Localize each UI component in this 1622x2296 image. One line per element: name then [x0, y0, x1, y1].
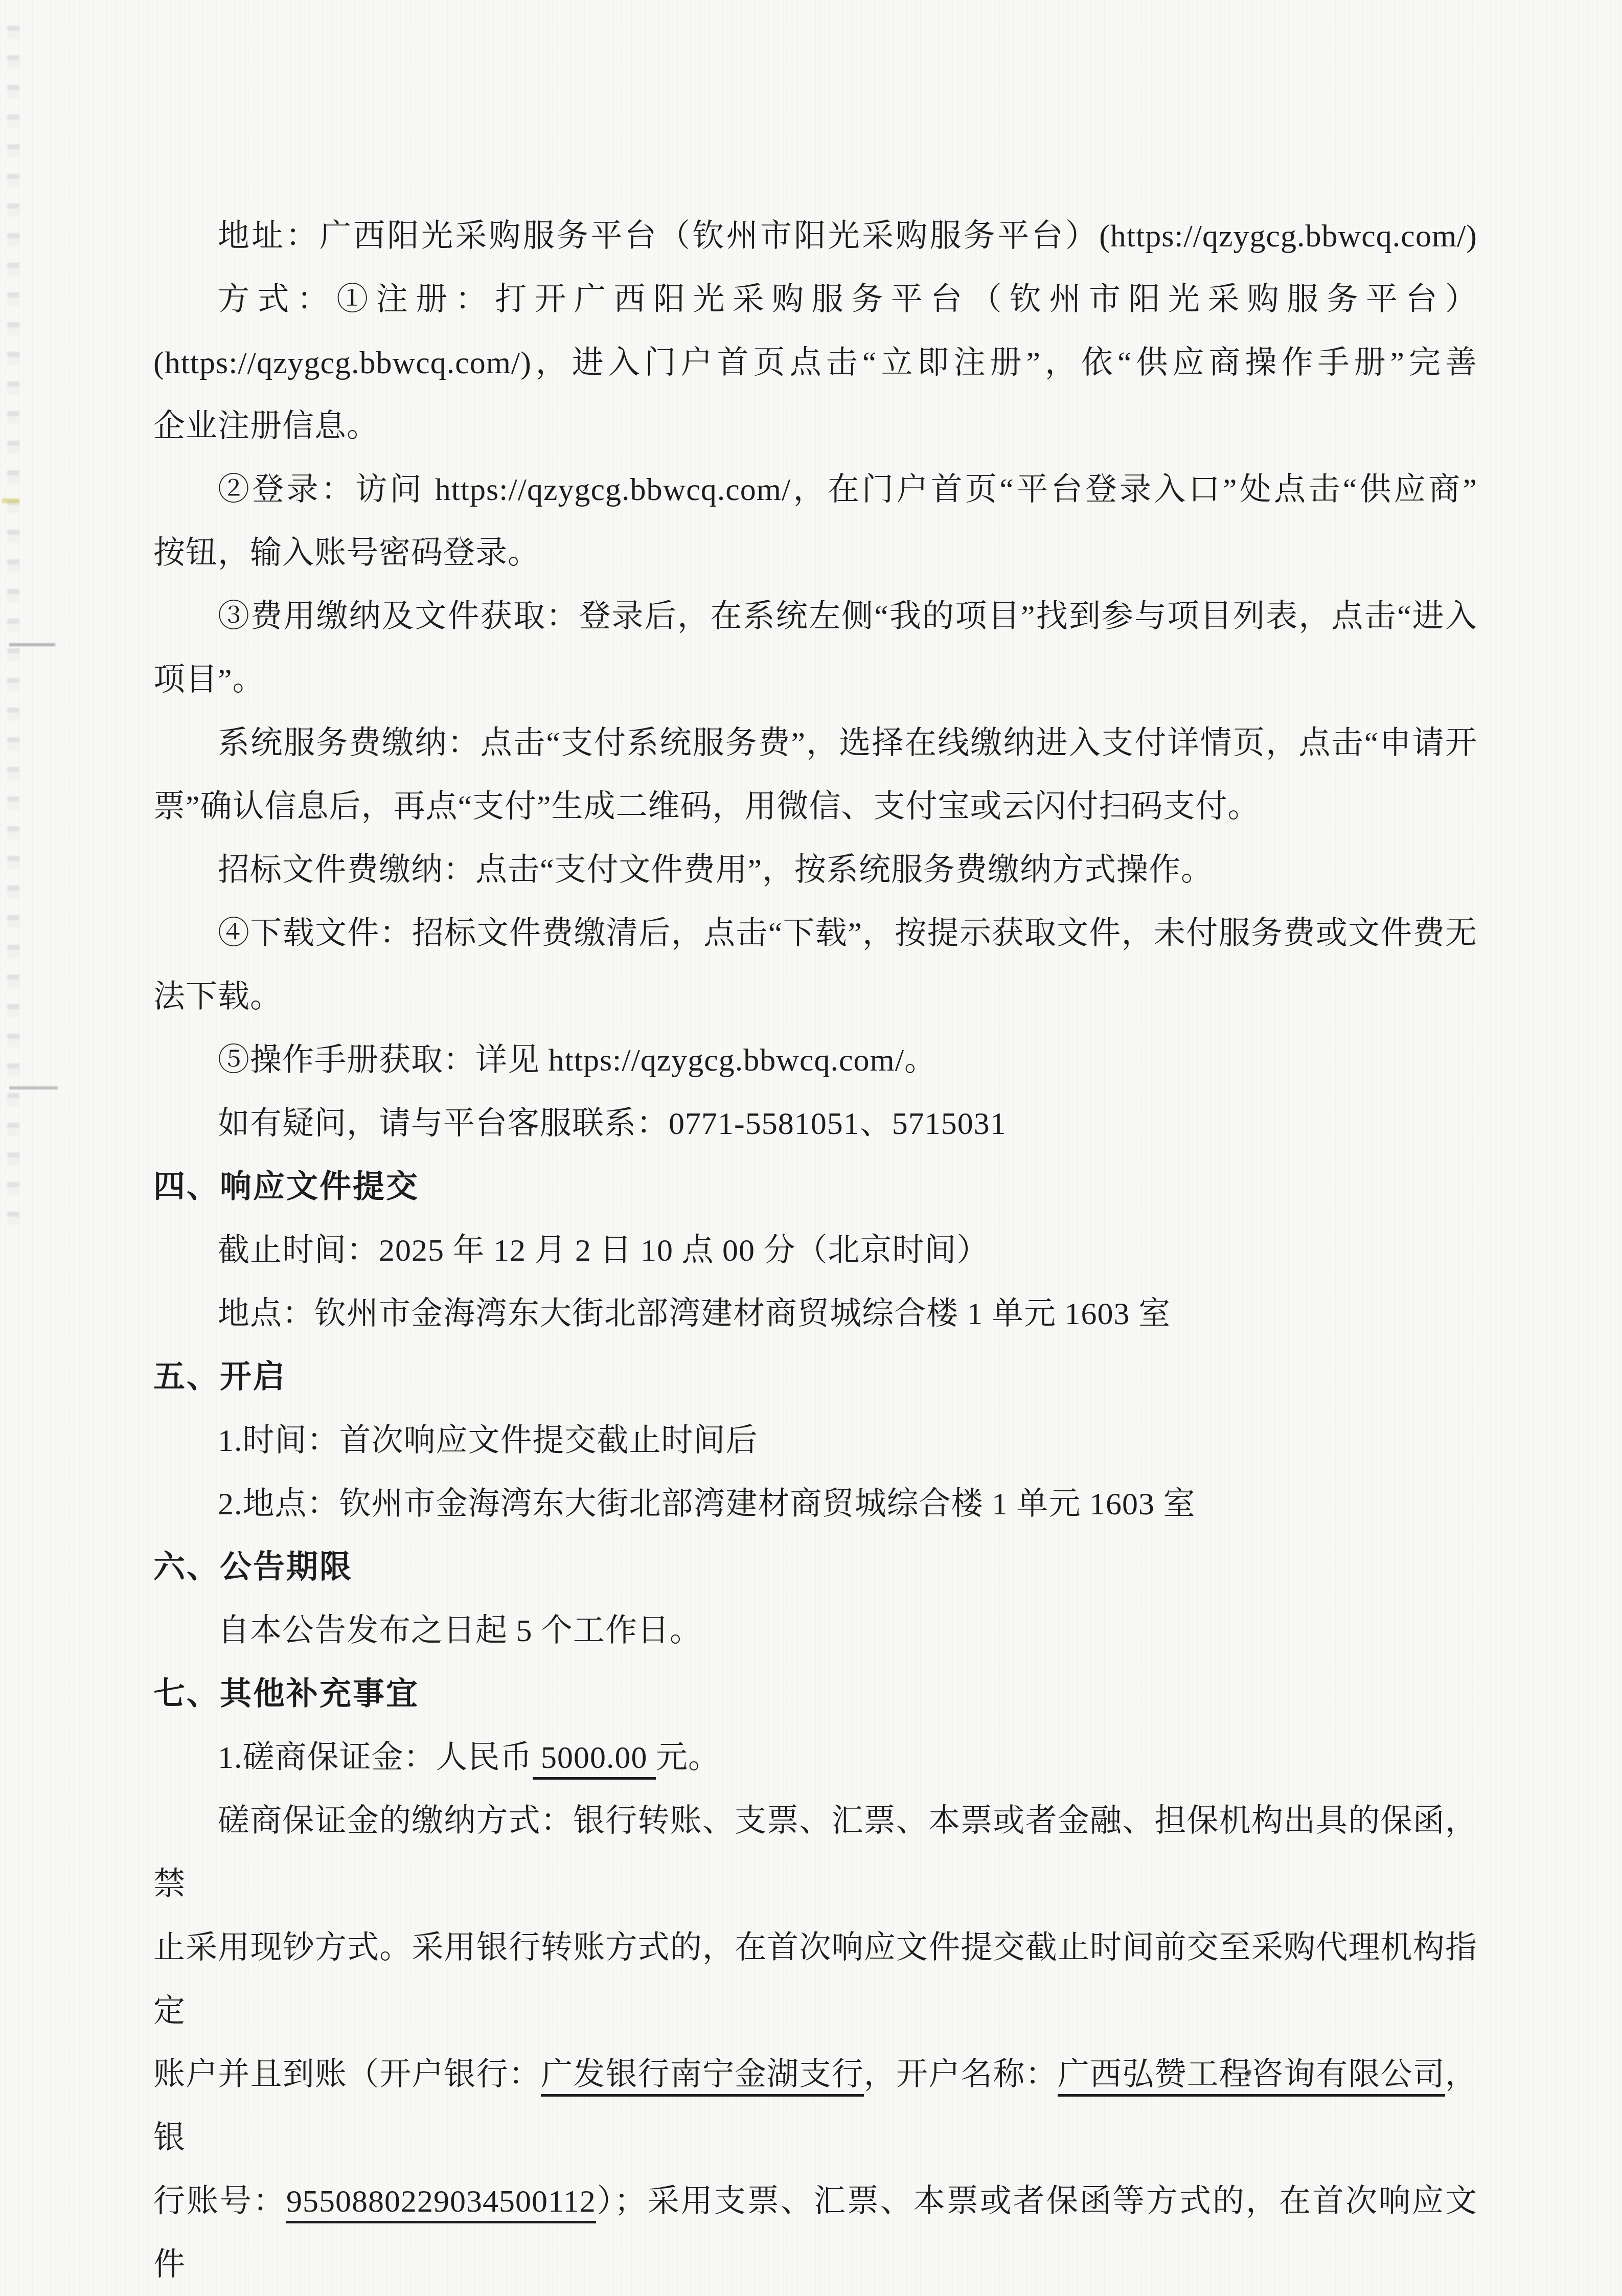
scan-noise-strip — [7, 26, 19, 1227]
heading-section-6-announcement-period: 六、公告期限 — [153, 1536, 1477, 1599]
doc-line-bank-info: 账户并且到账（开户银行：广发银行南宁金湖支行，开户名称：广西弘赞工程咨询有限公司… — [153, 2043, 1477, 2170]
doc-line-fee-step-cont: 项目”。 — [153, 648, 1477, 712]
doc-line-announcement-period: 自本公告发布之日起 5 个工作日。 — [153, 1599, 1477, 1663]
doc-line-download-step-cont: 法下载。 — [153, 965, 1477, 1029]
doc-line-login-step-cont: 按钮，输入账号密码登录。 — [153, 521, 1477, 585]
doc-line-fee-step: ③费用缴纳及文件获取：登录后，在系统左侧“我的项目”找到参与项目列表，点击“进入 — [153, 585, 1477, 648]
doc-line-register-step-cont: (https://qzygcg.bbwcq.com/)，进入门户首页点击“立即注… — [153, 331, 1477, 395]
deposit-label: 1.磋商保证金：人民币 — [218, 1740, 533, 1775]
deposit-unit: 元。 — [656, 1740, 720, 1775]
scanned-document-page: 地址：广西阳光采购服务平台（钦州市阳光采购服务平台）(https://qzygc… — [0, 0, 1622, 2296]
heading-section-7-other-matters: 七、其他补充事宜 — [153, 1663, 1477, 1726]
account-number-label: 行账号： — [153, 2184, 286, 2219]
doc-line-submission-place: 地点：钦州市金海湾东大街北部湾建材商贸城综合楼 1 单元 1603 室 — [153, 1282, 1477, 1346]
deposit-amount-underlined: 5000.00 — [533, 1740, 656, 1780]
doc-line-manual-step: ⑤操作手册获取：详见 https://qzygcg.bbwcq.com/。 — [153, 1029, 1477, 1092]
doc-line-service-fee: 系统服务费缴纳：点击“支付系统服务费”，选择在线缴纳进入支付详情页，点击“申请开 — [153, 712, 1477, 775]
doc-line-service-fee-cont: 票”确认信息后，再点“支付”生成二维码，用微信、支付宝或云闪付扫码支付。 — [153, 775, 1477, 838]
bank-info-label: 账户并且到账（开户银行： — [153, 2057, 541, 2092]
doc-line-register-step: 方式：①注册：打开广西阳光采购服务平台（钦州市阳光采购服务平台） — [153, 268, 1477, 331]
doc-line-login-step: ②登录：访问 https://qzygcg.bbwcq.com/，在门户首页“平… — [153, 458, 1477, 521]
doc-line-deadline: 截止时间：2025 年 12 月 2 日 10 点 00 分（北京时间） — [153, 1219, 1477, 1282]
doc-line-support-phone: 如有疑问，请与平台客服联系：0771-5581051、5715031 — [153, 1092, 1477, 1155]
scan-artifact-dash — [9, 1086, 58, 1089]
bank-account-number-underlined: 9550880229034500112 — [286, 2184, 596, 2223]
document-text: 地址：广西阳光采购服务平台（钦州市阳光采购服务平台）(https://qzygc… — [153, 204, 1477, 2296]
doc-line-deposit-methods: 磋商保证金的缴纳方式：银行转账、支票、汇票、本票或者金融、担保机构出具的保函，禁 — [153, 1789, 1477, 1916]
doc-line-register-step-end: 企业注册信息。 — [153, 395, 1477, 458]
doc-line-deposit: 1.磋商保证金：人民币 5000.00 元。 — [153, 1726, 1477, 1789]
doc-line-account-number: 行账号：9550880229034500112）；采用支票、汇票、本票或者保函等… — [153, 2170, 1477, 2296]
bank-branch-underlined: 广发银行南宁金湖支行 — [541, 2057, 864, 2097]
doc-line-bid-doc-fee: 招标文件费缴纳：点击“支付文件费用”，按系统服务费缴纳方式操作。 — [153, 838, 1477, 902]
doc-line-download-step: ④下载文件：招标文件费缴清后，点击“下载”，按提示获取文件，未付服务费或文件费无 — [153, 902, 1477, 965]
scan-artifact-dash — [9, 643, 55, 646]
account-name-label: ，开户名称： — [864, 2057, 1058, 2092]
doc-line-opening-place: 2.地点：钦州市金海湾东大街北部湾建材商贸城综合楼 1 单元 1603 室 — [153, 1472, 1477, 1536]
doc-line-opening-time: 1.时间：首次响应文件提交截止时间后 — [153, 1409, 1477, 1472]
doc-line-platform-address: 地址：广西阳光采购服务平台（钦州市阳光采购服务平台）(https://qzygc… — [153, 204, 1477, 268]
doc-line-deposit-methods-cont: 止采用现钞方式。采用银行转账方式的，在首次响应文件提交截止时间前交至采购代理机构… — [153, 1916, 1477, 2043]
account-holder-underlined: 广西弘赞工程咨询有限公司 — [1058, 2057, 1445, 2097]
heading-section-5-opening: 五、开启 — [153, 1346, 1477, 1409]
scan-artifact-yellow-dash — [2, 498, 19, 503]
heading-section-4-response-submission: 四、响应文件提交 — [153, 1155, 1477, 1219]
